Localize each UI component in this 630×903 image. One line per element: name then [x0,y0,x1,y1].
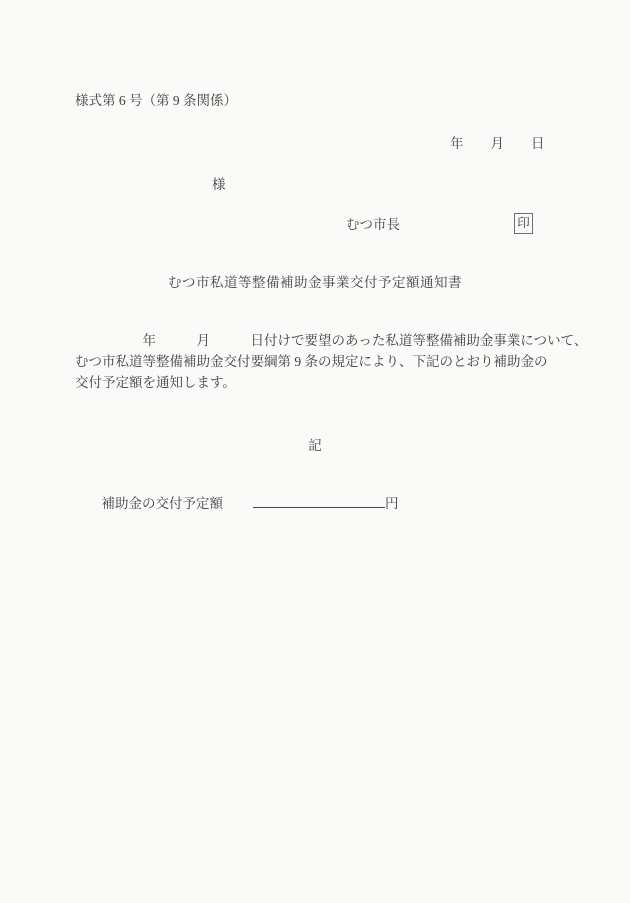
date-blank-line: 年 月 日 [450,135,545,153]
document-page: 様式第 6 号（第 9 条関係） 年 月 日 様 むつ市長 印 むつ市私道等整備… [0,0,630,903]
body-paragraph: 年 月 日付けで要望のあった私道等整備補助金事業について、 むつ市私道等整備補助… [75,330,575,393]
body-line-1: 年 月 日付けで要望のあった私道等整備補助金事業について、 [75,330,575,351]
amount-unit: 円 [385,496,399,511]
ki-heading: 記 [0,434,630,454]
amount-blank-field [253,494,385,508]
sender-name: むつ市長 [346,216,400,234]
form-number: 様式第 6 号（第 9 条関係） [75,92,237,110]
addressee-honorific: 様 [212,176,226,194]
body-line-2: むつ市私道等整備補助金交付要綱第 9 条の規定により、下記のとおり補助金の [75,351,575,372]
document-title: むつ市私道等整備補助金事業交付予定額通知書 [0,271,630,291]
amount-line: 補助金の交付予定額円 [88,476,399,528]
amount-label: 補助金の交付予定額 [102,496,224,511]
body-line-3: 交付予定額を通知します。 [75,372,575,393]
seal-mark: 印 [517,217,530,230]
seal-box: 印 [514,213,533,234]
